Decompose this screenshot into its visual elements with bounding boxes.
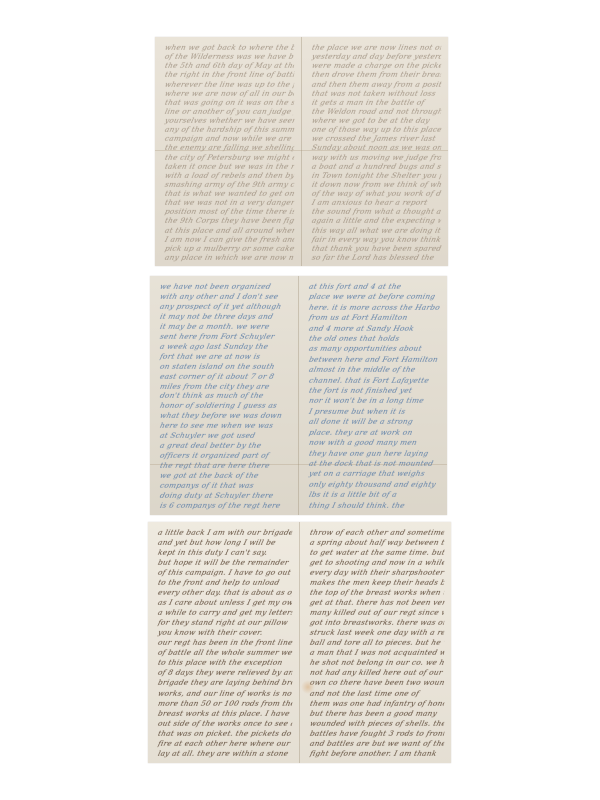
sheet-2-center-fold — [298, 276, 299, 515]
handwritten-line: a man that I was not acquainted with — [308, 648, 444, 658]
handwritten-line: our regt has been in the front line — [157, 638, 293, 648]
sheet-3-left-page: a little back I am with our brigadeand y… — [148, 522, 300, 763]
handwritten-line: that thank you have been spared — [310, 244, 441, 253]
handwritten-line: yourselves whether we have seen a hard c… — [164, 116, 295, 125]
handwritten-line: not had any killed here out of our — [308, 668, 444, 678]
handwritten-line: struck last week one day with a rebel — [308, 628, 444, 638]
handwritten-line: place. they are at work on — [307, 428, 440, 438]
handwritten-line: fire at each other here where our brigad… — [157, 739, 293, 749]
handwritten-line: miles from the city they are — [159, 382, 292, 392]
handwritten-line: the 5th and 6th day of May at that we ha… — [164, 61, 295, 70]
handwritten-line: any of the hardship of this summer — [164, 125, 295, 134]
handwritten-line: fight before another. I am thank — [308, 749, 444, 759]
handwritten-line: breast works at this place. I have been — [157, 709, 293, 719]
sheet-1-right-page: the place we are now lines not onlyyeste… — [302, 37, 449, 266]
handwritten-line: all done it will be a strong — [307, 417, 440, 427]
handwritten-line: only eighty thousand and eighty — [307, 480, 440, 490]
sheet-3-right-page: throw of each other and sometimes get to… — [300, 522, 452, 763]
handwritten-line: fort that we are at now is — [159, 352, 292, 362]
handwritten-line: and 4 more at Sandy Hook — [307, 324, 440, 334]
handwritten-line: to this place with the exception — [157, 658, 293, 668]
handwritten-line: works, and our line of works is not — [157, 689, 293, 699]
handwritten-line: a spring about half way between them — [308, 538, 444, 548]
letter-sheet-2: we have not been organizedwith any other… — [150, 276, 447, 515]
handwritten-line: is 6 companys of the regt here — [159, 501, 292, 511]
handwritten-line: what they before we was down — [159, 411, 292, 421]
handwritten-line: one of those way up to this place — [310, 125, 441, 134]
handwritten-line: the Weldon road and not through — [310, 107, 441, 116]
handwritten-line: when we got back to where the battle — [164, 43, 295, 52]
handwritten-line: the regt that are here there — [159, 461, 292, 471]
handwritten-line: the place we are now lines not only — [310, 43, 441, 52]
handwritten-line: every other day. that is about as often — [157, 588, 293, 598]
handwritten-line: smashing army of the 9th army corps — [164, 180, 295, 189]
handwritten-line: it down now from we think of what — [310, 180, 441, 189]
handwritten-line: way with us moving we judge from the — [310, 153, 441, 162]
handwritten-line: and not the last time one of — [308, 689, 444, 699]
sheet-2-right-page: at this fort and 4 at theplace we were a… — [299, 276, 448, 515]
handwritten-line: Sunday about noon as we was on our — [310, 143, 441, 152]
handwritten-line: at Schuyler we got used — [159, 431, 292, 441]
handwritten-line: many killed out of our regt since we — [308, 608, 444, 618]
handwritten-line: to get water at the same time. but they — [308, 548, 444, 558]
handwritten-line: yet on a carriage that weighs — [307, 469, 440, 479]
handwritten-line: for they stand right at our pillow — [157, 618, 293, 628]
handwritten-line: where we got to be at the day — [310, 116, 441, 125]
sheet-3-ink-stain — [301, 680, 315, 694]
handwritten-line: don't think as much of the — [159, 391, 292, 401]
handwritten-line: in Town tonight the Shelter you people — [310, 171, 441, 180]
handwritten-line: and battles are but we want of the — [308, 739, 444, 749]
handwritten-line: from us at Fort Hamilton — [307, 313, 440, 323]
handwritten-line: between here and Fort Hamilton — [307, 355, 440, 365]
handwritten-line: kept in this duty I can't say. — [157, 548, 293, 558]
handwritten-line: it gets a man in the battle of — [310, 98, 441, 107]
handwritten-line: on staten island on the south — [159, 362, 292, 372]
handwritten-line: the old ones that holds — [307, 334, 440, 344]
handwritten-line: the enemy are falling we shelling — [164, 143, 295, 152]
handwritten-line: that is what we wanted to get on — [164, 189, 295, 198]
handwritten-line: the sound from what a thought above — [310, 207, 441, 216]
handwritten-line: again a little and the expecting way of — [310, 216, 441, 225]
handwritten-line: got into breastworks. there was one — [308, 618, 444, 628]
handwritten-line: sent here from Fort Schuyler — [159, 332, 292, 342]
handwritten-line: here. it is more across the Harbor — [307, 303, 440, 313]
handwritten-line: I am anxious to hear a report — [310, 198, 441, 207]
handwritten-line: lay at all. they are within a stone — [157, 749, 293, 759]
handwritten-line: that was going on it was on the skirmish — [164, 98, 295, 107]
handwritten-line: it may be a month. we were — [159, 322, 292, 332]
handwritten-line: we have not been organized — [159, 282, 292, 292]
handwritten-line: of battle all the whole summer we came — [157, 648, 293, 658]
handwritten-line: ball and tore all to pieces. but he was — [308, 638, 444, 648]
handwritten-line: a while to carry and get my letters. — [157, 608, 293, 618]
handwritten-line: every day with their sharpshooters and t… — [308, 568, 444, 578]
handwritten-line: but hope it will be the remainder — [157, 558, 293, 568]
handwritten-line: get at that. there has not been very — [308, 598, 444, 608]
handwritten-line: that was not taken without loss — [310, 89, 441, 98]
handwritten-line: officers it organized part of — [159, 451, 292, 461]
handwritten-line: I am now I can give the fresh and — [164, 235, 295, 244]
handwritten-line: he shot not belong in our co. we have — [308, 658, 444, 668]
handwritten-line: of this campaign. I have to go out — [157, 568, 293, 578]
handwritten-line: you know with their cover. — [157, 628, 293, 638]
sheet-1-horizontal-crease — [155, 150, 448, 151]
handwritten-line: line or another of you can judge for — [164, 107, 295, 116]
handwritten-line: at this fort and 4 at the — [307, 282, 440, 292]
handwritten-line: and then them away from a position — [310, 80, 441, 89]
handwritten-line: them was one had infantry of honour. — [308, 699, 444, 709]
handwritten-line: it may not be three days and — [159, 312, 292, 322]
handwritten-line: the top of the breast works when they — [308, 588, 444, 598]
handwritten-line: that was on picket. the pickets do not — [157, 729, 293, 739]
handwritten-line: but there has been a good many — [308, 709, 444, 719]
handwritten-line: were made a charge on the pickets and — [310, 61, 441, 70]
handwritten-line: pick up a mulberry or some cake and — [164, 244, 295, 253]
handwritten-line: place we were at before coming — [307, 292, 440, 302]
handwritten-line: of 8 days they were relieved by another — [157, 668, 293, 678]
handwritten-line: campaign and now while we are waiting — [164, 134, 295, 143]
sheet-1-left-page: when we got back to where the battleof t… — [155, 37, 302, 266]
handwritten-line: taken it once but we was in the rear — [164, 162, 295, 171]
handwritten-line: that we was not in a very dangerous — [164, 198, 295, 207]
handwritten-line: a week ago last Sunday the — [159, 342, 292, 352]
handwritten-line: at this place and all around where — [164, 226, 295, 235]
sheet-1-center-fold — [301, 37, 302, 266]
handwritten-line: as I care about unless I get my own in — [157, 598, 293, 608]
handwritten-line: battles have fought 3 rods to front — [308, 729, 444, 739]
handwritten-line: honor of soldiering I guess as — [159, 401, 292, 411]
handwritten-line: position most of the time there is — [164, 207, 295, 216]
handwritten-line: makes the men keep their heads below — [308, 578, 444, 588]
handwritten-line: we got at the back of the — [159, 471, 292, 481]
handwritten-line: own co there have been two wounded — [308, 678, 444, 688]
handwritten-line: where we are now of all in our battle — [164, 89, 295, 98]
handwritten-line: of the Wilderness was we have been fough… — [164, 52, 295, 61]
sheet-2-horizontal-crease — [150, 464, 447, 465]
handwritten-line: I presume but when it is — [307, 407, 440, 417]
handwritten-line: almost in the middle of the — [307, 365, 440, 375]
handwritten-line: the right in the front line of battle — [164, 70, 295, 79]
sheet-3-center-fold — [299, 522, 300, 763]
handwritten-line: the 9th Corps they have been fighting — [164, 216, 295, 225]
handwritten-line: throw of each other and sometimes get to — [308, 528, 444, 538]
handwritten-line: here to see me when we was — [159, 421, 292, 431]
handwritten-line: so far the Lord has blessed the — [310, 253, 441, 262]
handwritten-line: a little back I am with our brigade — [157, 528, 293, 538]
handwritten-line: the fort is not finished yet — [307, 386, 440, 396]
handwritten-line: yesterday and day before yesterday we — [310, 52, 441, 61]
sheet-2-left-page: we have not been organizedwith any other… — [150, 276, 299, 515]
handwritten-line: with a load of rebels and then by the — [164, 171, 295, 180]
handwritten-line: as many opportunities about — [307, 344, 440, 354]
handwritten-line: channel. that is Fort Lafayette — [307, 376, 440, 386]
handwritten-line: fair in every way you know think of — [310, 235, 441, 244]
handwritten-line: of the way of what you work of doing — [310, 189, 441, 198]
handwritten-line: east corner of it about 7 or 8 — [159, 372, 292, 382]
handwritten-line: this way all what we are doing it — [310, 226, 441, 235]
handwritten-line: and yet but how long I will be — [157, 538, 293, 548]
letter-sheet-3: a little back I am with our brigadeand y… — [148, 522, 451, 763]
handwritten-line: get to shooting and now in a while about — [308, 558, 444, 568]
handwritten-line: a great deal better by the — [159, 441, 292, 451]
handwritten-line: with any other and I don't see — [159, 292, 292, 302]
handwritten-line: lbs it is a little bit of a — [307, 490, 440, 500]
handwritten-line: thing I should think. the — [307, 501, 440, 511]
handwritten-line: then drove them from their breast works — [310, 70, 441, 79]
handwritten-line: to the front and help to unload — [157, 578, 293, 588]
handwritten-line: nor it won't be in a long time — [307, 396, 440, 406]
handwritten-line: wounded with pieces of shells. the — [308, 719, 444, 729]
letter-sheet-1: when we got back to where the battleof t… — [155, 37, 448, 266]
handwritten-line: brigade they are laying behind breast — [157, 678, 293, 688]
handwritten-line: we crossed the James river last — [310, 134, 441, 143]
handwritten-line: companys of it that was — [159, 481, 292, 491]
handwritten-line: out side of the works once to see a man — [157, 719, 293, 729]
handwritten-line: doing duty at Schuyler there — [159, 491, 292, 501]
handwritten-line: the city of Petersburg we might of — [164, 153, 295, 162]
handwritten-line: they have one gun here laying — [307, 449, 440, 459]
handwritten-line: wherever the line was up to the place — [164, 80, 295, 89]
handwritten-line: now with a good many men — [307, 438, 440, 448]
handwritten-line: any prospect of it yet although — [159, 302, 292, 312]
handwritten-line: any place in which we are now not on — [164, 253, 295, 262]
handwritten-line: a boat and a hundred bugs and sounds — [310, 162, 441, 171]
handwritten-line: more than 50 or 100 rods from the rebel — [157, 699, 293, 709]
